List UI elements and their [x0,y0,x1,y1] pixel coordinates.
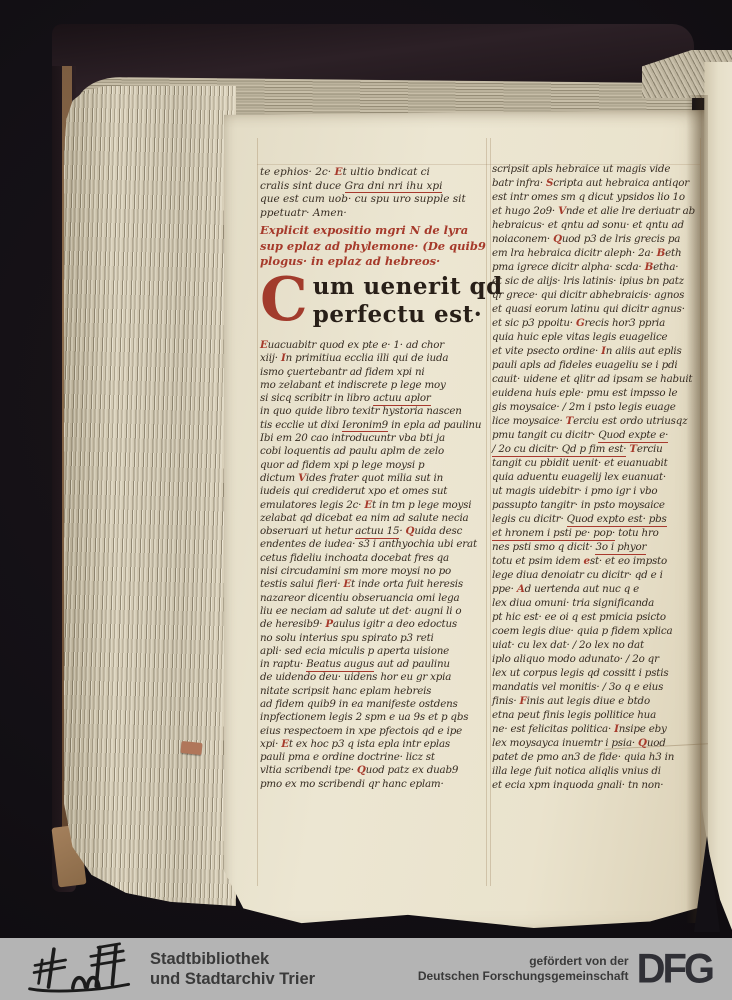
manuscript-text-line: pt hic est· ee oi q est pmicia psicto [492,610,708,624]
manuscript-text-line: quia huic eple vitas legis euagelice [492,330,708,344]
manuscript-text-line: te ephios· 2c· Et ultio bndicat ci [260,166,492,180]
manuscript-text-line: nisi circudamini sm more moysi no po [260,565,492,578]
manuscript-text-line: illa lege fuit notica aliqlis vnius di [492,764,708,778]
rubricated-capital: I [281,352,286,364]
manuscript-text-line: et quasi eorum latinu qui dicitr agnus· [492,302,708,316]
dfg-logo: DFG [637,948,712,990]
manuscript-text-line: cobi loquentis ad paulu aplm de zelo [260,445,492,458]
manuscript-text-line: lex diua omuni· tria significanda [492,596,708,610]
manuscript-text-line: emulatores legis 2c· Et in tm p lege moy… [260,499,492,512]
red-underlined-phrase: et hronem i psti pe· pop· [492,527,615,541]
manuscript-text-line: et hronem i psti pe· pop· totu hro [492,526,708,540]
manuscript-text-line: Ibi em 20 cao introducuntr vba bti ja [260,432,492,445]
manuscript-text-line: Explicit expositio mgri N de lyra [260,223,492,238]
red-underlined-phrase: Gra dni nri ihu xpi [345,180,443,194]
rubricated-capital: Q [406,525,415,537]
manuscript-text-line: etna peut finis legis pollitice hua [492,708,708,722]
rubricated-capital: V [298,472,306,484]
digitized-manuscript-page: te ephios· 2c· Et ultio bndicat cicralis… [0,0,732,1000]
manuscript-text-line: et hugo 2o9· Vnde et alie lre deriuatr a… [492,204,708,218]
manuscript-text-line: apli· sed ecia miculis p aperta uisione [260,645,492,658]
manuscript-text-line: ppetuatr· Amen· [260,207,492,221]
manuscript-text-line: patet de pmo an3 de fide· quia h3 in [492,750,708,764]
right-text-column: scripsit apls hebraice ut magis videbatr… [492,162,708,792]
rubricated-capital: B [645,261,654,273]
rubricated-capital: E [334,166,342,178]
manuscript-text-line: ut magis uidebitr· i pmo igr i vbo [492,484,708,498]
rubricated-capital: F [519,695,526,707]
manuscript-text-line: endentes de iudea· s3 i anthyochia ubi e… [260,538,492,551]
manuscript-text-line: cralis sint duce Gra dni nri ihu xpi [260,180,492,194]
manuscript-text-line: gis moysaice· / 2m i psto legis euage [492,400,708,414]
manuscript-text-line: lege diua denoiatr cu dicitr· qd e i [492,568,708,582]
manuscript-text-line: iudeis qui crediderut xpo et omes sut [260,485,492,498]
manuscript-text-line: pma igrece dicitr alpha· scda· Betha· [492,260,708,274]
manuscript-text-line: obseruari ut hetur actuu 15· Quida desc [260,525,492,538]
funding-line-1: gefördert von der [418,954,629,969]
manuscript-text-line: cauit· uidene et qlitr ad ipsam se habui… [492,372,708,386]
manuscript-text-line: liu ee neciam ad salute ut det· augni li… [260,605,492,618]
funding-line-2: Deutschen Forschungsgemeinschaft [418,969,629,984]
funding-credit: gefördert von der Deutschen Forschungsge… [418,954,629,984]
manuscript-text-line: de uidendo deu· uidens hor eu gr xpia [260,671,492,684]
rubricated-capital: G [576,317,585,329]
rubricated-capital: I [601,345,606,357]
rubricated-capital: E [364,499,372,511]
red-underlined-phrase: 3o i phyor [595,541,646,555]
manuscript-textblock: te ephios· 2c· Et ultio bndicat cicralis… [224,110,708,928]
manuscript-text-line: iplo aliquo modo adunato· / 2o qr [492,652,708,666]
manuscript-text-line: nazareor dicentiu obseruancia omi lega [260,592,492,605]
manuscript-text-line: lice moysaice· Terciu est ordo utriusqz [492,414,708,428]
manuscript-text-line: passupto tangitr· in psto moysaice [492,498,708,512]
leather-index-tab [180,741,202,755]
manuscript-text-line: xpi· Et ex hoc p3 q ista epla intr eplas [260,738,492,751]
manuscript-text-line: scripsit apls hebraice ut magis vide [492,162,708,176]
rubricated-capital: I [614,723,619,735]
manuscript-text-line: nes psti smo q dicit· 3o i phyor [492,540,708,554]
manuscript-text-line: zelabat qd dicebat ea nim ad salute neci… [260,512,492,525]
manuscript-text-line: xiij· In primitiua ecclia illi qui de iu… [260,352,492,365]
red-initial-letter: C [260,273,308,327]
manuscript-text-line: coem legis diue· quia p fidem xplica [492,624,708,638]
manuscript-text-line: et sic p3 ppoitu· Grecis hor3 ppria [492,316,708,330]
red-underlined-phrase: Quod expto est· pbs [567,513,667,527]
incipit-display-text: um uenerit qd perfectu est· [313,273,503,329]
manuscript-text-line: ne· est felicitas politica· Insipe eby [492,722,708,736]
manuscript-text-line: totu et psim idem est· et eo impsto [492,554,708,568]
manuscript-text-line: / 2o cu dicitr· Qd p fim est· Terciu [492,442,708,456]
rubricated-capital: Q [357,764,366,776]
library-name: Stadtbibliothek und Stadtarchiv Trier [150,949,315,989]
library-name-line-1: Stadtbibliothek [150,949,315,969]
rubricated-capital: A [517,583,525,595]
rubricated-capital: B [657,247,666,259]
manuscript-text-line: et sic de alijs· lris latinis· ipius bn … [492,274,708,288]
manuscript-text-line: et vite psecto ordine· In aliis aut epli… [492,344,708,358]
manuscript-text-line: mo zelabant et indiscrete p lege moy [260,379,492,392]
manuscript-text-line: cetus fideliu inchoata docebat fres qa [260,552,492,565]
manuscript-text-line: que est cum uob· cu spu uro supple sit [260,193,492,207]
intro-lines: te ephios· 2c· Et ultio bndicat cicralis… [260,166,492,220]
left-text-column: te ephios· 2c· Et ultio bndicat cicralis… [260,166,492,791]
manuscript-text-line: euidena huis eple· pmu est impsso le [492,386,708,400]
manuscript-text-line: batr infra· Scripta aut hebraica antiqor [492,176,708,190]
manuscript-text-line: vltia scribendi tpe· Quod patz ex duab9 [260,764,492,777]
manuscript-text-line: hebraicus· et qntu ad sonu· et qntu ad [492,218,708,232]
library-name-line-2: und Stadtarchiv Trier [150,969,315,989]
manuscript-text-line: pauli pma e ordine doctrine· licz st [260,751,492,764]
rubricated-capital: Q [638,737,647,749]
manuscript-text-line: noiaconem· Quod p3 de lris grecis pa [492,232,708,246]
rubricated-capital: V [558,205,566,217]
manuscript-text-line: lex ut corpus legis qd cossitt i pstis [492,666,708,680]
ruling-line [257,138,258,886]
manuscript-text-line: qr grece· qui dicitr abhebraicis· agnos [492,288,708,302]
manuscript-text-line: testis salui fieri· Et inde orta fuit he… [260,578,492,591]
photo-background: te ephios· 2c· Et ultio bndicat cicralis… [0,0,732,938]
rubricated-capital: T [629,443,636,455]
manuscript-text-line: no solu interius spu spirato p3 reti [260,632,492,645]
manuscript-text-line: in raptu· Beatus augus aut ad paulinu [260,658,492,671]
incipit-block: C um uenerit qd perfectu est· [260,273,492,337]
manuscript-text-line: nitate scripsit hanc eplam hebreis [260,685,492,698]
red-underlined-phrase: / 2o cu dicitr· Qd p fim est· [492,443,626,457]
manuscript-text-line: pmu tangit cu dicitr· Quod expte e· [492,428,708,442]
rubricated-capital: S [546,177,553,189]
rubricated-capital: E [343,578,351,590]
rubricated-capital: T [566,415,573,427]
page-stack-fore-edge [64,86,236,906]
library-footer-banner: Stadtbibliothek und Stadtarchiv Trier ge… [0,938,732,1000]
manuscript-text-line: finis· Finis aut legis diue e btdo [492,694,708,708]
left-column-body: Euacuabitr quod ex pte e· 1· ad chorxiij… [260,339,492,791]
rubricated-capital: e [584,555,590,567]
manuscript-text-line: pmo ex mo scribendi qr hanc eplam· [260,778,492,791]
manuscript-text-line: Euacuabitr quod ex pte e· 1· ad chor [260,339,492,352]
manuscript-text-line: est intr omes sm q dicut ypsidos lio 1o [492,190,708,204]
rubricated-capital: E [260,339,268,351]
red-underlined-phrase: actuu aplor [373,392,431,406]
red-underlined-phrase: Beatus augus [306,658,374,672]
rubricated-capital: E [281,738,289,750]
manuscript-text-line: ppe· Ad uertenda aut nuc q e [492,582,708,596]
incipit-line-2: perfectu est· [313,301,503,329]
porta-nigra-bridge-icon [24,942,136,996]
red-underlined-phrase: actuu 15 [355,525,399,539]
manuscript-text-line: tis ecclie ut dixi Ieronim9 in epla ad p… [260,419,492,432]
manuscript-text-line: eius respectoem in xpe pfectois qd e ipe [260,725,492,738]
manuscript-text-line: ismo çuertebantr ad fidem xpi ni [260,366,492,379]
manuscript-text-line: uiat· cu lex dat· / 2o lex no dat [492,638,708,652]
manuscript-text-line: quor ad fidem xpi p lege moysi p [260,459,492,472]
manuscript-text-line: dictum Vides frater quot milia sut in [260,472,492,485]
manuscript-text-line: tangit cu pbidit uenit· et euanuabit [492,456,708,470]
manuscript-text-line: ad fidem quib9 in ea manifeste ostdens [260,698,492,711]
manuscript-text-line: pauli apls ad fideles euageliu se i pdi [492,358,708,372]
manuscript-text-line: em lra hebraica dicitr aleph· 2a· Beth [492,246,708,260]
manuscript-text-line: in quo quide libro texitr hystoria nasce… [260,405,492,418]
manuscript-text-line: sup eplaz ad phylemone· (De quib9 [260,239,492,254]
manuscript-text-line: legis cu dicitr· Quod expto est· pbs [492,512,708,526]
manuscript-text-line: mandatis vel monitis· / 3o q e eius [492,680,708,694]
manuscript-text-line: de heresib9· Paulus igitr a deo edoctus [260,618,492,631]
rubricated-capital: Q [553,233,562,245]
manuscript-text-line: lex moysayca inuemtr i psia· Quod [492,736,708,750]
manuscript-text-line: et ecia xpm inquoda gnali· tn non· [492,778,708,792]
rubricated-capital: P [325,618,333,630]
red-underlined-phrase: Ieronim9 [342,419,388,433]
red-underlined-phrase: Quod expte e· [598,429,668,443]
manuscript-text-line: inpfectionem legis 2 spm e ua 9s et p qb… [260,711,492,724]
manuscript-text-line: si sicq scribitr in libro actuu aplor [260,392,492,405]
rubric-explicit-lines: Explicit expositio mgri N de lyrasup epl… [260,223,492,269]
manuscript-text-line: quia aduentu euagelij lex euanuat· [492,470,708,484]
incipit-line-1: um uenerit qd [313,273,503,301]
